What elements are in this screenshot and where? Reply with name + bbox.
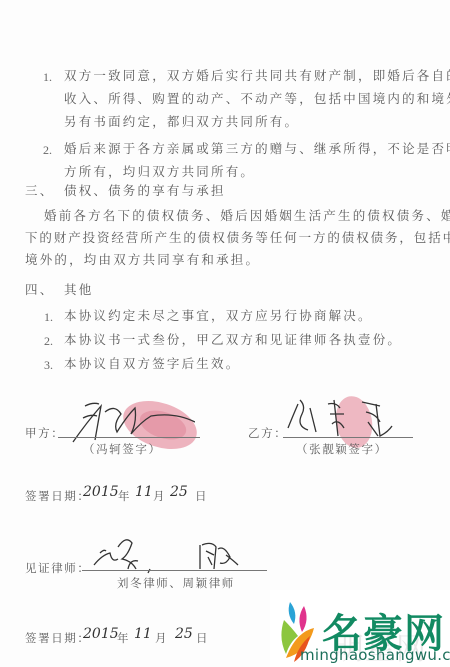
party-a-caption: （冯轲签字）	[83, 441, 162, 457]
clause-text: 本协议书一式叁份，甲乙双方和见证律师各执壹份。	[64, 332, 402, 348]
clause-text: 本协议自双方签字后生效。	[64, 356, 240, 372]
handwritten-day: 25	[175, 626, 193, 642]
clause-number: 1.	[43, 70, 52, 85]
signature-line	[283, 437, 413, 438]
month-unit: 月	[153, 488, 166, 504]
signature-line	[58, 437, 200, 438]
clause-text-line: 双方一致同意，双方婚后实行共同共有财产制，即婚后各自的任何财产	[64, 68, 450, 84]
clause-number: 2.	[43, 143, 52, 158]
day-unit: 日	[196, 630, 209, 646]
handwritten-year: 2015	[83, 484, 119, 500]
year-unit: 年	[118, 488, 131, 504]
party-b-handwritten-signature	[280, 392, 420, 442]
year-unit: 年	[117, 630, 130, 646]
paragraph-line: 婚前各方名下的债权债务、婚后因婚姻生活产生的债权债务、婚后因各方名	[44, 208, 450, 224]
handwritten-year: 2015	[83, 626, 119, 642]
section-title: 其他	[64, 282, 93, 298]
witness-handwritten-signature	[88, 525, 258, 580]
clause-number: 1.	[44, 310, 53, 325]
clause-number: 3.	[44, 358, 53, 373]
clause-text: 本协议约定未尽之事宜，双方应另行协商解决。	[64, 308, 373, 324]
witness-label: 见证律师：	[25, 560, 91, 576]
party-a-handwritten-signature	[55, 392, 195, 447]
month-unit: 月	[155, 630, 168, 646]
section-title: 债权、债务的享有与承担	[64, 183, 226, 199]
signature-line	[82, 570, 267, 571]
clause-text-line: 婚后来源于各方亲属或第三方的赠与、继承所得，不论是否明确归哪一	[64, 141, 450, 157]
paragraph-line: 境外的，均由双方共同享有和承担。	[25, 252, 260, 268]
day-unit: 日	[195, 488, 208, 504]
date-label: 签署日期：	[25, 488, 91, 504]
clause-text-line: 收入、所得、购置的动产、不动产等，包括中国境内的和境外的，除非	[64, 91, 450, 107]
witness-caption: 刘冬律师、周颖律师	[117, 575, 235, 591]
handwritten-month: 11	[134, 626, 152, 642]
brand-url: minghaoshangwu.com	[300, 646, 450, 664]
handwritten-month: 11	[135, 484, 153, 500]
clause-text-line: 另有书面约定，都归双方共同所有。	[64, 114, 299, 130]
handwritten-day: 25	[170, 484, 188, 500]
section-number: 三、	[25, 183, 54, 199]
date-label: 签署日期：	[25, 630, 91, 646]
section-number: 四、	[25, 282, 54, 298]
clause-number: 2.	[44, 334, 53, 349]
party-b-caption: （张靓颖签字）	[296, 441, 388, 457]
clause-text-line: 方所有，均归双方共同所有。	[64, 164, 255, 180]
paragraph-line: 下的财产投资经营所产生的债权债务等任何一方的债权债务，包括中国境内的和	[25, 230, 450, 246]
watermark-logo: 明星网 名豪网 minghaoshangwu.com	[270, 590, 450, 667]
